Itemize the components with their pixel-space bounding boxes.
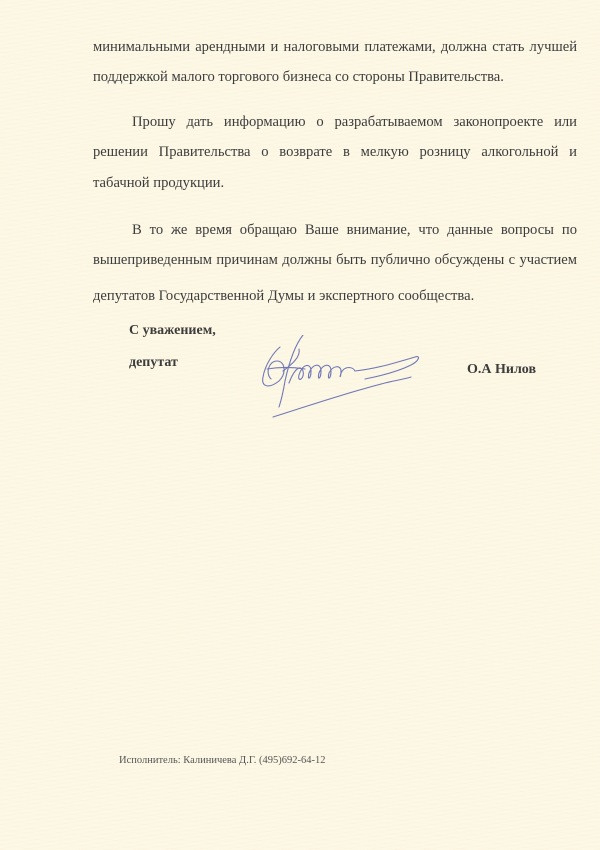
signatory-name: О.А Нилов	[467, 362, 536, 378]
paragraph-2-line-2: решении Правительства о возврате в мелку…	[93, 144, 577, 160]
paragraph-3-line-2: вышеприведенным причинам должны быть пуб…	[93, 252, 577, 268]
executor-info: Исполнитель: Калиничева Д.Г. (495)692-64…	[119, 753, 325, 769]
signature-icon	[255, 335, 435, 420]
closing-salutation: С уважением,	[129, 323, 216, 339]
paragraph-1-line-2: поддержкой малого торгового бизнеса со с…	[93, 69, 504, 85]
paragraph-1-line-1: минимальными арендными и налоговыми плат…	[93, 39, 577, 55]
paragraph-3-line-3: депутатов Государственной Думы и эксперт…	[93, 288, 474, 304]
closing-title: депутат	[129, 355, 178, 371]
paragraph-2-line-3: табачной продукции.	[93, 175, 224, 191]
paragraph-2-line-1: Прошу дать информацию о разрабатываемом …	[132, 114, 577, 130]
paragraph-3-line-1: В то же время обращаю Ваше внимание, что…	[132, 222, 577, 238]
